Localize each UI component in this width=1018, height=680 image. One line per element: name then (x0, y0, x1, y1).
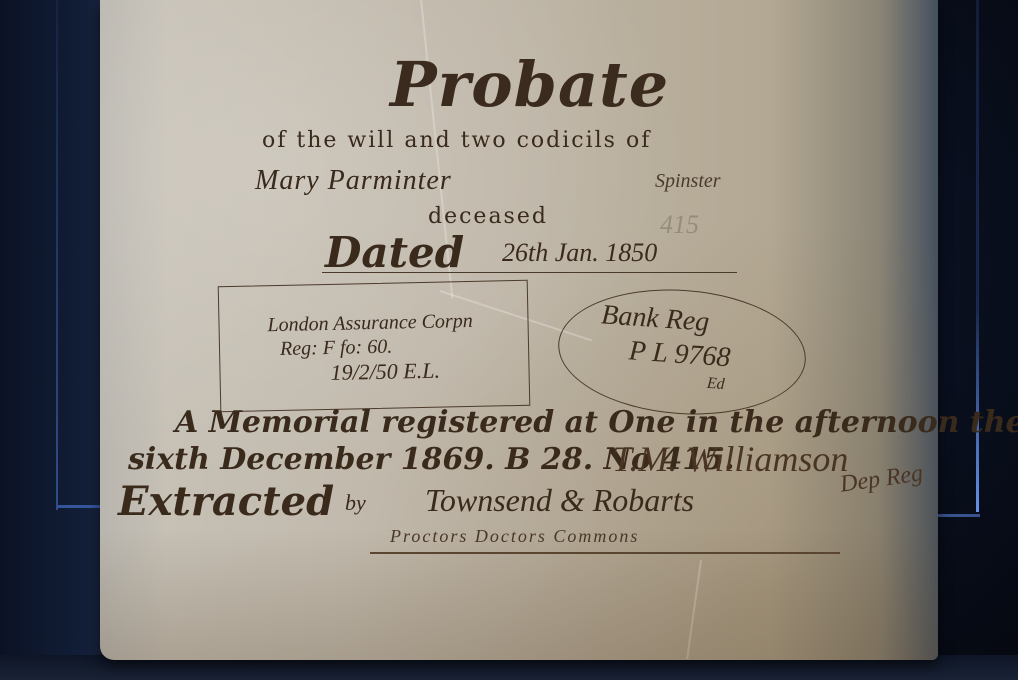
extracted-label: Extracted (118, 478, 334, 525)
oval-line-3: Ed (706, 375, 725, 394)
proctors-line: Proctors Doctors Commons (390, 526, 639, 547)
stamp-line-2: Reg: F fo: 60. (280, 336, 393, 361)
pencil-note: 415 (660, 210, 699, 240)
document-title: Probate (390, 48, 669, 121)
by-label: by (345, 490, 366, 516)
divider-rule (322, 272, 737, 273)
registrar-signature: T.M. Williamson (612, 438, 848, 480)
document-subtitle: of the will and two codicils of (262, 128, 651, 153)
oval-line-1: Bank Reg (600, 299, 710, 338)
background-left (0, 0, 110, 680)
deceased-label: deceased (428, 204, 548, 229)
dated-label: Dated (325, 228, 464, 277)
testator-status: Spinster (655, 170, 721, 193)
extracting-firm: Townsend & Robarts (425, 482, 694, 519)
stamp-line-3: 19/2/50 E.L. (330, 358, 440, 386)
insurance-stamp-box: London Assurance Corpn Reg: F fo: 60. 19… (218, 280, 531, 412)
fold-crease (686, 560, 702, 659)
display-stand-left-edge (56, 0, 58, 510)
stamp-line-1: London Assurance Corpn (267, 310, 473, 337)
memorial-line-1: A Memorial registered at One in the afte… (175, 405, 1018, 440)
date-value: 26th Jan. 1850 (502, 238, 657, 268)
bottom-rule (370, 552, 840, 554)
oval-line-2: P L 9768 (628, 335, 732, 374)
testator-name: Mary Parminter (255, 165, 452, 197)
display-stand-left-foot (58, 505, 100, 508)
